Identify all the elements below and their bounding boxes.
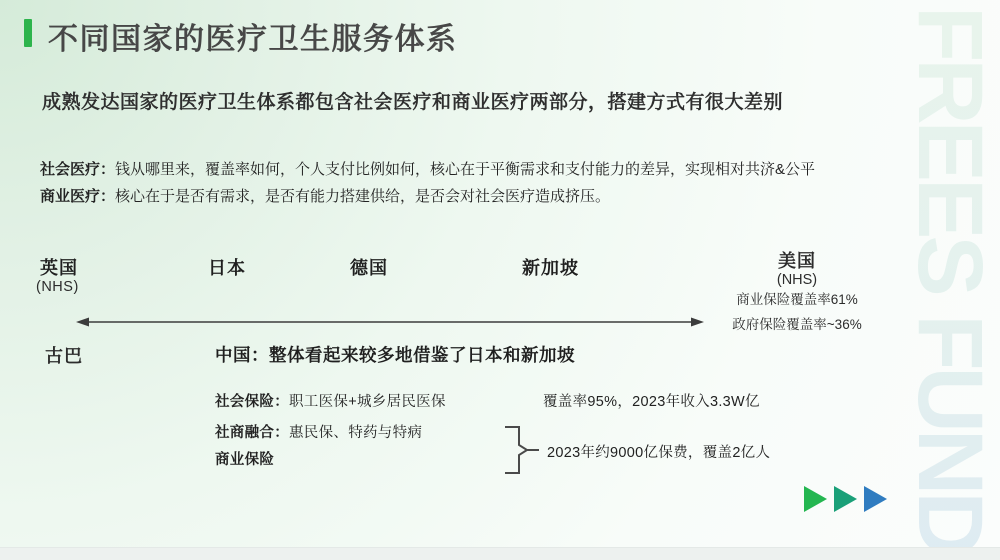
country-singapore: 新加坡 — [522, 254, 579, 280]
country-cuba: 古巴 — [45, 342, 83, 368]
slide-bottom-edge — [0, 547, 1000, 560]
row-social-insurance: 社会保险：职工医保+城乡居民医保 — [215, 390, 446, 411]
page-title: 不同国家的医疗卫生服务体系 — [48, 14, 458, 58]
definition-social-text: 钱从哪里来，覆盖率如何，个人支付比例如何，核心在于平衡需求和支付能力的差异，实现… — [115, 161, 815, 178]
row-social-insurance-label: 社会保险： — [215, 394, 289, 410]
title-accent-bar — [24, 19, 32, 47]
row-social-insurance-value: 职工医保+城乡居民医保 — [289, 394, 446, 410]
china-headline-text: 整体看起来较多地借鉴了日本和新加坡 — [269, 345, 575, 365]
china-headline: 中国：整体看起来较多地借鉴了日本和新加坡 — [215, 342, 575, 367]
row-integration-value: 惠民保、特药与特病 — [289, 425, 422, 441]
country-uk-note: (NHS) — [36, 279, 79, 295]
row-social-insurance-stat: 覆盖率95%，2023年收入3.3W亿 — [543, 390, 760, 411]
row-commercial-insurance-label: 商业保险 — [215, 452, 274, 468]
definition-social: 社会医疗：钱从哪里来，覆盖率如何，个人支付比例如何，核心在于平衡需求和支付能力的… — [40, 156, 815, 183]
row-integration-label: 社商融合： — [215, 425, 289, 441]
slide-content: 不同国家的医疗卫生服务体系 成熟发达国家的医疗卫生体系都包含社会医疗和商业医疗两… — [0, 0, 1000, 560]
country-uk: 英国 — [40, 254, 78, 280]
definition-commercial: 商业医疗：核心在于是否有需求，是否有能力搭建供给，是否会对社会医疗造成挤压。 — [40, 183, 815, 210]
country-us-block: 美国 (NHS) 商业保险覆盖率61% 政府保险覆盖率~36% — [705, 250, 889, 333]
country-us-note: (NHS) — [705, 272, 889, 288]
us-government-coverage: 政府保险覆盖率~36% — [705, 316, 889, 333]
country-germany: 德国 — [350, 254, 388, 280]
definition-social-label: 社会医疗： — [40, 161, 115, 178]
us-commercial-coverage: 商业保险覆盖率61% — [705, 291, 889, 308]
slide-subtitle: 成熟发达国家的医疗卫生体系都包含社会医疗和商业医疗两部分，搭建方式有很大差别 — [42, 87, 783, 114]
bracket-stat: 2023年约9000亿保费，覆盖2亿人 — [547, 441, 770, 462]
spectrum-arrow-icon — [74, 314, 706, 330]
next-arrows — [804, 486, 887, 512]
play-triangle-teal-icon — [834, 486, 857, 512]
definitions-block: 社会医疗：钱从哪里来，覆盖率如何，个人支付比例如何，核心在于平衡需求和支付能力的… — [40, 156, 815, 210]
presentation-slide: FREES FUND 不同国家的医疗卫生服务体系 成熟发达国家的医疗卫生体系都包… — [0, 0, 1000, 560]
china-label: 中国： — [215, 345, 269, 365]
definition-commercial-label: 商业医疗： — [40, 188, 115, 205]
brace-icon — [503, 423, 543, 477]
row-integration: 社商融合：惠民保、特药与特病 — [215, 421, 422, 442]
country-us: 美国 — [705, 250, 889, 272]
play-triangle-blue-icon — [864, 486, 887, 512]
row-commercial-insurance: 商业保险 — [215, 448, 274, 469]
definition-commercial-text: 核心在于是否有需求，是否有能力搭建供给，是否会对社会医疗造成挤压。 — [115, 188, 610, 205]
country-japan: 日本 — [208, 254, 246, 280]
play-triangle-green-icon — [804, 486, 827, 512]
